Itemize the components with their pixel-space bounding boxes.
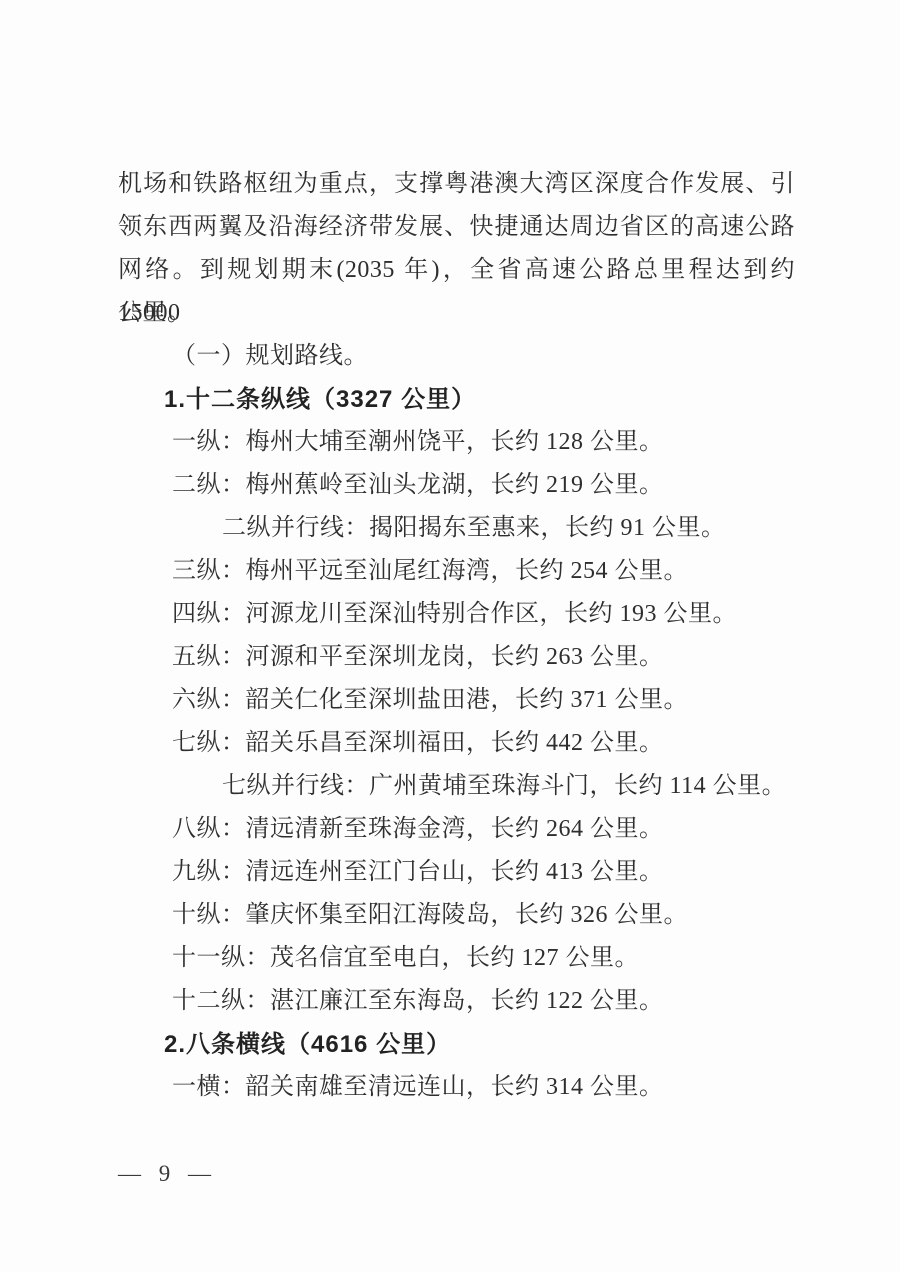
- intro-line: 机场和铁路枢纽为重点，支撑粤港澳大湾区深度合作发展、引: [118, 163, 795, 206]
- route-item: 四纵：河源龙川至深汕特别合作区，长约 193 公里。: [118, 593, 795, 636]
- subsection-1-heading: 1.十二条纵线（3327 公里）: [118, 378, 795, 421]
- route-item: 十二纵：湛江廉江至东海岛，长约 122 公里。: [118, 980, 795, 1023]
- route-item: 十纵：肇庆怀集至阳江海陵岛，长约 326 公里。: [118, 894, 795, 937]
- route-item-parallel: 七纵并行线：广州黄埔至珠海斗门，长约 114 公里。: [118, 765, 795, 808]
- intro-line: 公里。: [118, 292, 795, 335]
- route-item: 十一纵：茂名信宜至电白，长约 127 公里。: [118, 937, 795, 980]
- route-item: 一纵：梅州大埔至潮州饶平，长约 128 公里。: [118, 421, 795, 464]
- route-item: 五纵：河源和平至深圳龙岗，长约 263 公里。: [118, 636, 795, 679]
- route-item: 七纵：韶关乐昌至深圳福田，长约 442 公里。: [118, 722, 795, 765]
- route-item-parallel: 二纵并行线：揭阳揭东至惠来，长约 91 公里。: [118, 507, 795, 550]
- footer-page-number: — 9 —: [118, 1158, 217, 1190]
- route-item: 三纵：梅州平远至汕尾红海湾，长约 254 公里。: [118, 550, 795, 593]
- route-item: 八纵：清远清新至珠海金湾，长约 264 公里。: [118, 808, 795, 851]
- document-page: 机场和铁路枢纽为重点，支撑粤港澳大湾区深度合作发展、引 领东西两翼及沿海经济带发…: [0, 0, 900, 1272]
- route-item: 一横：韶关南雄至清远连山，长约 314 公里。: [118, 1066, 795, 1109]
- section-heading: （一）规划路线。: [118, 335, 795, 378]
- route-item: 二纵：梅州蕉岭至汕头龙湖，长约 219 公里。: [118, 464, 795, 507]
- route-item: 六纵：韶关仁化至深圳盐田港，长约 371 公里。: [118, 679, 795, 722]
- intro-line: 网络。到规划期末(2035 年)，全省高速公路总里程达到约 15000: [118, 249, 795, 292]
- subsection-2-heading: 2.八条横线（4616 公里）: [118, 1023, 795, 1066]
- text-column: 机场和铁路枢纽为重点，支撑粤港澳大湾区深度合作发展、引 领东西两翼及沿海经济带发…: [118, 163, 795, 1109]
- intro-paragraph: 机场和铁路枢纽为重点，支撑粤港澳大湾区深度合作发展、引 领东西两翼及沿海经济带发…: [118, 163, 795, 335]
- intro-line: 领东西两翼及沿海经济带发展、快捷通达周边省区的高速公路: [118, 206, 795, 249]
- route-item: 九纵：清远连州至江门台山，长约 413 公里。: [118, 851, 795, 894]
